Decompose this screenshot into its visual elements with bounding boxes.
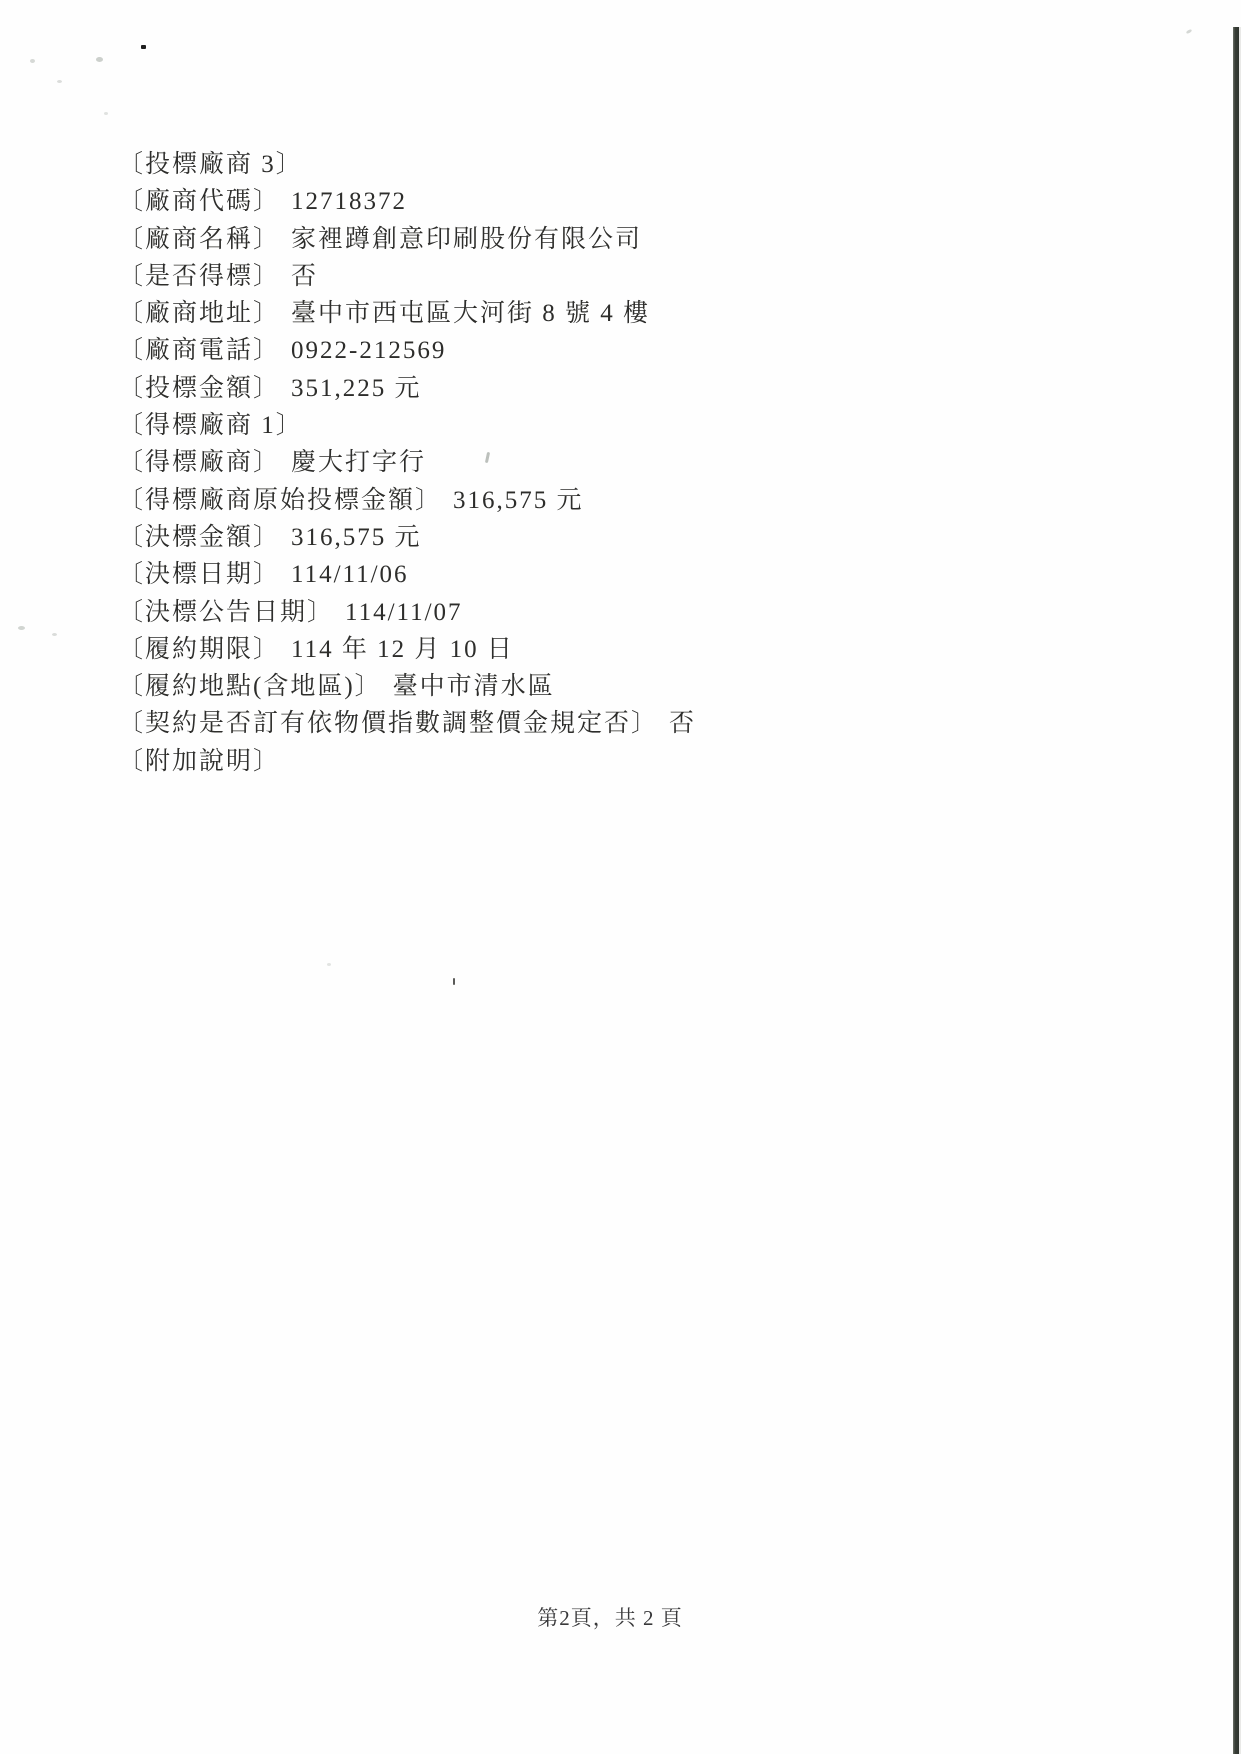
field-list: 〔投標廠商 3〕 〔廠商代碼〕12718372 〔廠商名稱〕家裡蹲創意印刷股份有… [118,146,1168,780]
field-row-vendor-code: 〔廠商代碼〕12718372 [118,183,1168,220]
field-row-awarded-or-not: 〔是否得標〕否 [118,258,1168,295]
field-label: 〔決標日期〕 [118,561,280,588]
field-label: 〔廠商地址〕 [118,300,280,327]
field-label: 〔廠商名稱〕 [118,226,280,253]
field-label: 〔廠商電話〕 [118,337,280,364]
field-row-performance-deadline: 〔履約期限〕114 年 12 月 10 日 [118,631,1168,668]
field-label: 〔投標廠商 3〕 [118,151,303,178]
scan-noise-speck [18,626,25,630]
field-value: 114 年 12 月 10 日 [291,636,514,663]
field-value: 114/11/06 [291,561,409,588]
field-row-winning-vendor-original-bid: 〔得標廠商原始投標金額〕316,575 元 [118,482,1168,519]
field-row-vendor-name: 〔廠商名稱〕家裡蹲創意印刷股份有限公司 [118,221,1168,258]
field-row-price-index-adjustment: 〔契約是否訂有依物價指數調整價金規定否〕否 [118,705,1168,742]
field-row-award-announce-date: 〔決標公告日期〕114/11/07 [118,594,1168,631]
scan-noise-speck [104,112,108,115]
scan-noise-speck [57,80,62,83]
field-value: 12718372 [291,188,407,215]
field-value: 臺中市清水區 [393,673,555,700]
scan-noise-speck [1186,29,1193,35]
field-label: 〔附加說明〕 [118,748,280,775]
field-label: 〔廠商代碼〕 [118,188,280,215]
scanned-document-page: 〔投標廠商 3〕 〔廠商代碼〕12718372 〔廠商名稱〕家裡蹲創意印刷股份有… [0,0,1241,1754]
page-number: 第2頁，共 2 頁 [0,1602,1220,1632]
field-value: 否 [291,263,318,290]
field-row-performance-location: 〔履約地點(含地區)〕臺中市清水區 [118,668,1168,705]
field-value: 否 [669,710,696,737]
field-value: 114/11/07 [345,599,463,626]
field-label: 〔契約是否訂有依物價指數調整價金規定否〕 [118,710,658,737]
field-label: 〔投標金額〕 [118,375,280,402]
field-label: 〔決標公告日期〕 [118,599,334,626]
field-row-vendor-phone: 〔廠商電話〕0922-212569 [118,332,1168,369]
field-label: 〔得標廠商〕 [118,449,280,476]
field-label: 〔是否得標〕 [118,263,280,290]
field-row-winning-vendor-name: 〔得標廠商〕慶大打字行 [118,444,1168,481]
field-label: 〔得標廠商原始投標金額〕 [118,487,442,514]
scan-noise-speck [453,978,455,985]
field-label: 〔履約期限〕 [118,636,280,663]
scan-noise-speck [52,633,57,636]
scan-noise-speck [30,59,35,63]
field-row-winning-vendor-1: 〔得標廠商 1〕 [118,407,1168,444]
field-label: 〔履約地點(含地區)〕 [118,673,382,700]
scan-noise-speck [141,45,146,49]
field-value: 316,575 元 [291,524,422,551]
field-value: 316,575 元 [453,487,584,514]
field-row-bid-amount: 〔投標金額〕351,225 元 [118,370,1168,407]
field-row-additional-notes: 〔附加說明〕 [118,743,1168,780]
field-row-award-date: 〔決標日期〕114/11/06 [118,556,1168,593]
field-value: 臺中市西屯區大河街 8 號 4 樓 [291,300,650,327]
field-row-vendor-address: 〔廠商地址〕臺中市西屯區大河街 8 號 4 樓 [118,295,1168,332]
scan-noise-speck [327,963,331,966]
field-value: 0922-212569 [291,337,446,364]
field-value: 351,225 元 [291,375,422,402]
field-label: 〔決標金額〕 [118,524,280,551]
field-value: 慶大打字行 [291,449,426,476]
field-value: 家裡蹲創意印刷股份有限公司 [291,226,642,253]
field-label: 〔得標廠商 1〕 [118,412,303,439]
field-row-award-amount: 〔決標金額〕316,575 元 [118,519,1168,556]
scan-noise-speck [96,57,103,62]
field-row-bidder-3: 〔投標廠商 3〕 [118,146,1168,183]
